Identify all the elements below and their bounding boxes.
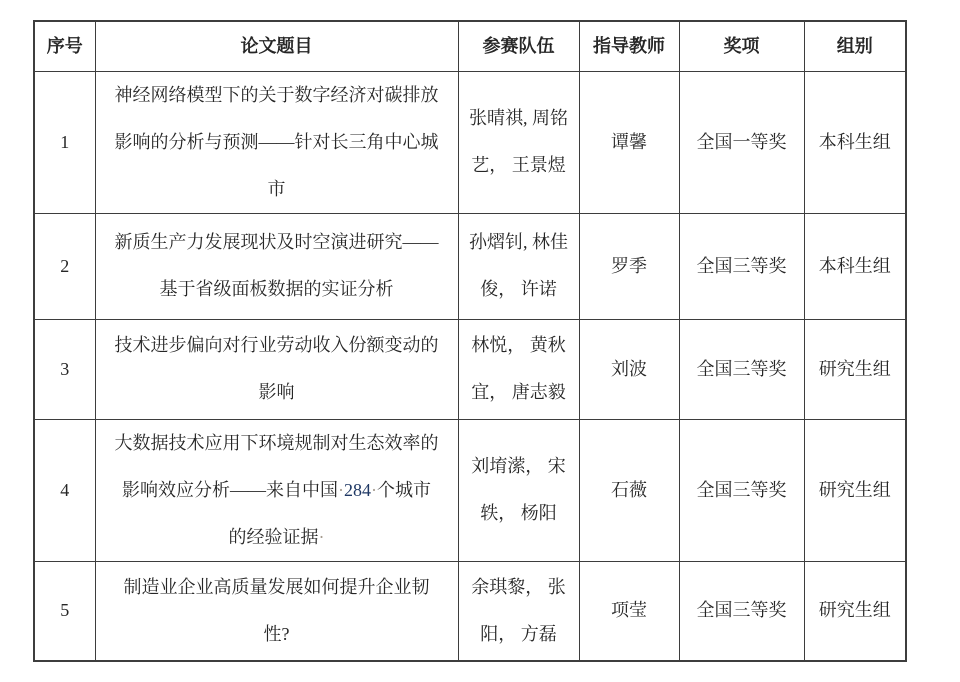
- award-level: 全国一等奖: [679, 71, 804, 213]
- table-row: 4 大数据技术应用下环境规制对生态效率的 影响效应分析——来自中国·284·个城…: [34, 419, 906, 561]
- advisor-name: 谭馨: [579, 71, 679, 213]
- advisor-name: 罗季: [579, 213, 679, 319]
- row-number: 2: [34, 213, 95, 319]
- column-header-team: 参赛队伍: [458, 21, 579, 71]
- table-row: 3 技术进步偏向对行业劳动收入份额变动的 影响 林悦， 黄秋 宜， 唐志毅 刘波…: [34, 319, 906, 419]
- award-level: 全国三等奖: [679, 561, 804, 661]
- column-header-award: 奖项: [679, 21, 804, 71]
- award-level: 全国三等奖: [679, 419, 804, 561]
- team-members: 林悦， 黄秋 宜， 唐志毅: [458, 319, 579, 419]
- team-members: 刘堉潆， 宋 轶， 杨阳: [458, 419, 579, 561]
- header-row: 序号 论文题目 参赛队伍 指导教师 奖项 组别: [34, 21, 906, 71]
- awards-table-container: 序号 论文题目 参赛队伍 指导教师 奖项 组别 1 神经网络模型下的关于数字经济…: [33, 20, 907, 662]
- group-category: 本科生组: [804, 71, 906, 213]
- advisor-name: 石薇: [579, 419, 679, 561]
- table-row: 2 新质生产力发展现状及时空演进研究—— 基于省级面板数据的实证分析 孙熠钊, …: [34, 213, 906, 319]
- row-number: 4: [34, 419, 95, 561]
- table-row: 5 制造业企业高质量发展如何提升企业韧 性? 余琪黎， 张 阳， 方磊 项莹 全…: [34, 561, 906, 661]
- advisor-name: 项莹: [579, 561, 679, 661]
- group-category: 本科生组: [804, 213, 906, 319]
- table-header: 序号 论文题目 参赛队伍 指导教师 奖项 组别: [34, 21, 906, 71]
- paper-title: 新质生产力发展现状及时空演进研究—— 基于省级面板数据的实证分析: [95, 213, 458, 319]
- competition-results-table: 序号 论文题目 参赛队伍 指导教师 奖项 组别 1 神经网络模型下的关于数字经济…: [33, 20, 907, 662]
- city-count-number: 284: [344, 480, 371, 500]
- group-category: 研究生组: [804, 319, 906, 419]
- paper-title: 制造业企业高质量发展如何提升企业韧 性?: [95, 561, 458, 661]
- row-number: 5: [34, 561, 95, 661]
- advisor-name: 刘波: [579, 319, 679, 419]
- team-members: 张晴祺, 周铭 艺， 王景煜: [458, 71, 579, 213]
- paper-title: 大数据技术应用下环境规制对生态效率的 影响效应分析——来自中国·284·个城市 …: [95, 419, 458, 561]
- paper-title: 技术进步偏向对行业劳动收入份额变动的 影响: [95, 319, 458, 419]
- paper-title: 神经网络模型下的关于数字经济对碳排放 影响的分析与预测——针对长三角中心城 市: [95, 71, 458, 213]
- column-header-title: 论文题目: [95, 21, 458, 71]
- column-header-group: 组别: [804, 21, 906, 71]
- table-body: 1 神经网络模型下的关于数字经济对碳排放 影响的分析与预测——针对长三角中心城 …: [34, 71, 906, 661]
- award-level: 全国三等奖: [679, 319, 804, 419]
- group-category: 研究生组: [804, 561, 906, 661]
- group-category: 研究生组: [804, 419, 906, 561]
- table-row: 1 神经网络模型下的关于数字经济对碳排放 影响的分析与预测——针对长三角中心城 …: [34, 71, 906, 213]
- formatting-dot: ·: [319, 527, 325, 547]
- column-header-no: 序号: [34, 21, 95, 71]
- row-number: 1: [34, 71, 95, 213]
- award-level: 全国三等奖: [679, 213, 804, 319]
- column-header-advisor: 指导教师: [579, 21, 679, 71]
- team-members: 孙熠钊, 林佳 俊， 许诺: [458, 213, 579, 319]
- team-members: 余琪黎， 张 阳， 方磊: [458, 561, 579, 661]
- row-number: 3: [34, 319, 95, 419]
